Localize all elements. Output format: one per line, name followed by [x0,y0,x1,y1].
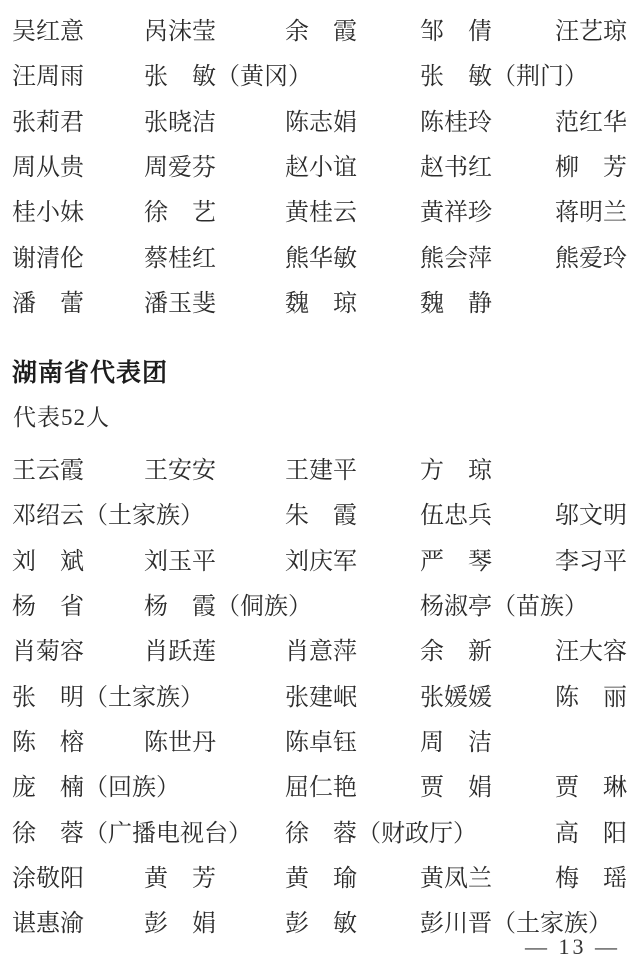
page-number: — 13 — [525,936,620,958]
delegate-name: 谢清伦 [12,247,84,271]
delegate-name: 邹 倩 [420,20,492,44]
delegate-name: 张晓洁 [144,111,216,135]
delegate-name: 黄桂云 [285,201,357,225]
delegate-name: 柳 芳 [555,156,627,180]
delegate-count: 代表52人 [13,406,110,429]
delegate-name: 徐 蓉（财政厅） [285,822,477,846]
delegate-name: 陈桂玲 [420,111,492,135]
delegate-name: 周 洁 [420,731,492,755]
delegate-name: 贾 娟 [420,776,492,800]
delegate-name: 杨 省 [12,595,84,619]
name-row: 杨 省杨 霞（侗族）杨淑亭（苗族） [0,588,644,633]
delegate-name: 王建平 [285,459,357,483]
delegate-name: 黄凤兰 [420,867,492,891]
delegate-name: 陈 丽 [555,686,627,710]
delegate-name: 邬文明 [555,504,627,528]
name-row: 汪周雨张 敏（黄冈）张 敏（荆门） [0,58,644,103]
name-row: 庞 楠（回族）屈仁艳贾 娟贾 琳 [0,769,644,814]
delegate-name: 刘 斌 [12,550,84,574]
delegate-name: 彭川晋（土家族） [420,912,612,936]
delegate-name: 刘玉平 [144,550,216,574]
delegate-name: 吴红意 [12,20,84,44]
name-list-continued: 吴红意呙沫莹余 霞邹 倩汪艺琼汪周雨张 敏（黄冈）张 敏（荆门）张莉君张晓洁陈志… [0,13,644,330]
delegate-name: 汪周雨 [12,65,84,89]
delegate-name: 熊爱玲 [555,247,627,271]
delegate-name: 杨淑亭（苗族） [420,595,588,619]
delegate-name: 张莉君 [12,111,84,135]
name-row: 桂小妹徐 艺黄桂云黄祥珍蒋明兰 [0,194,644,239]
delegate-name: 伍忠兵 [420,504,492,528]
delegate-name: 张 明（土家族） [12,686,204,710]
delegate-name: 陈 榕 [12,731,84,755]
delegate-name: 方 琼 [420,459,492,483]
name-row: 陈 榕陈世丹陈卓钰周 洁 [0,724,644,769]
delegate-name: 梅 瑶 [555,867,627,891]
name-row: 邓绍云（土家族）朱 霞伍忠兵邬文明 [0,497,644,542]
delegate-name: 陈世丹 [144,731,216,755]
delegate-name: 邓绍云（土家族） [12,504,204,528]
delegate-name: 余 新 [420,640,492,664]
delegate-name: 周爱芬 [144,156,216,180]
name-row: 涂敬阳黄 芳黄 瑜黄凤兰梅 瑶 [0,860,644,905]
delegate-name: 桂小妹 [12,201,84,225]
delegate-name: 刘庆军 [285,550,357,574]
delegate-name: 高 阳 [555,822,627,846]
delegate-name: 赵小谊 [285,156,357,180]
name-row: 张 明（土家族）张建岷张媛媛陈 丽 [0,679,644,724]
delegate-name: 黄 瑜 [285,867,357,891]
delegate-name: 屈仁艳 [285,776,357,800]
delegate-name: 呙沫莹 [144,20,216,44]
delegate-name: 肖跃莲 [144,640,216,664]
delegate-name: 涂敬阳 [12,867,84,891]
delegate-name: 蔡桂红 [144,247,216,271]
name-row: 谢清伦蔡桂红熊华敏熊会萍熊爱玲 [0,240,644,285]
delegation-heading: 湖南省代表团 [12,361,168,386]
delegate-name: 彭 娟 [144,912,216,936]
delegate-name: 张建岷 [285,686,357,710]
name-row: 刘 斌刘玉平刘庆军严 琴李习平 [0,543,644,588]
delegate-name: 肖菊容 [12,640,84,664]
name-list-hunan: 王云霞王安安王建平方 琼邓绍云（土家族）朱 霞伍忠兵邬文明刘 斌刘玉平刘庆军严 … [0,452,644,951]
delegate-name: 魏 静 [420,292,492,316]
delegate-name: 贾 琳 [555,776,627,800]
delegate-name: 张 敏（荆门） [420,65,588,89]
delegate-name: 魏 琼 [285,292,357,316]
name-row: 吴红意呙沫莹余 霞邹 倩汪艺琼 [0,13,644,58]
delegate-name: 谌惠渝 [12,912,84,936]
delegate-name: 赵书红 [420,156,492,180]
delegate-name: 张 敏（黄冈） [144,65,312,89]
delegate-name: 陈卓钰 [285,731,357,755]
delegate-name: 周从贵 [12,156,84,180]
delegate-name: 汪大容 [555,640,627,664]
delegate-name: 张媛媛 [420,686,492,710]
name-row: 张莉君张晓洁陈志娟陈桂玲范红华 [0,104,644,149]
delegate-name: 杨 霞（侗族） [144,595,312,619]
name-row: 潘 蕾潘玉斐魏 琼魏 静 [0,285,644,330]
delegate-name: 肖意萍 [285,640,357,664]
delegate-name: 范红华 [555,111,627,135]
delegate-name: 潘玉斐 [144,292,216,316]
name-row: 周从贵周爱芬赵小谊赵书红柳 芳 [0,149,644,194]
delegate-name: 陈志娟 [285,111,357,135]
name-row: 王云霞王安安王建平方 琼 [0,452,644,497]
delegate-name: 蒋明兰 [555,201,627,225]
delegate-name: 王安安 [144,459,216,483]
delegate-name: 余 霞 [285,20,357,44]
delegate-name: 徐 艺 [144,201,216,225]
delegate-name: 熊会萍 [420,247,492,271]
delegate-name: 黄 芳 [144,867,216,891]
name-row: 徐 蓉（广播电视台）徐 蓉（财政厅）高 阳 [0,815,644,860]
delegate-name: 黄祥珍 [420,201,492,225]
delegate-name: 李习平 [555,550,627,574]
delegate-name: 徐 蓉（广播电视台） [12,822,252,846]
delegate-name: 严 琴 [420,550,492,574]
name-row: 肖菊容肖跃莲肖意萍余 新汪大容 [0,633,644,678]
delegate-name: 庞 楠（回族） [12,776,180,800]
delegate-name: 朱 霞 [285,504,357,528]
delegate-name: 熊华敏 [285,247,357,271]
delegate-name: 潘 蕾 [12,292,84,316]
delegate-name: 王云霞 [12,459,84,483]
document-page: 吴红意呙沫莹余 霞邹 倩汪艺琼汪周雨张 敏（黄冈）张 敏（荆门）张莉君张晓洁陈志… [0,0,644,970]
delegate-name: 汪艺琼 [555,20,627,44]
delegate-name: 彭 敏 [285,912,357,936]
